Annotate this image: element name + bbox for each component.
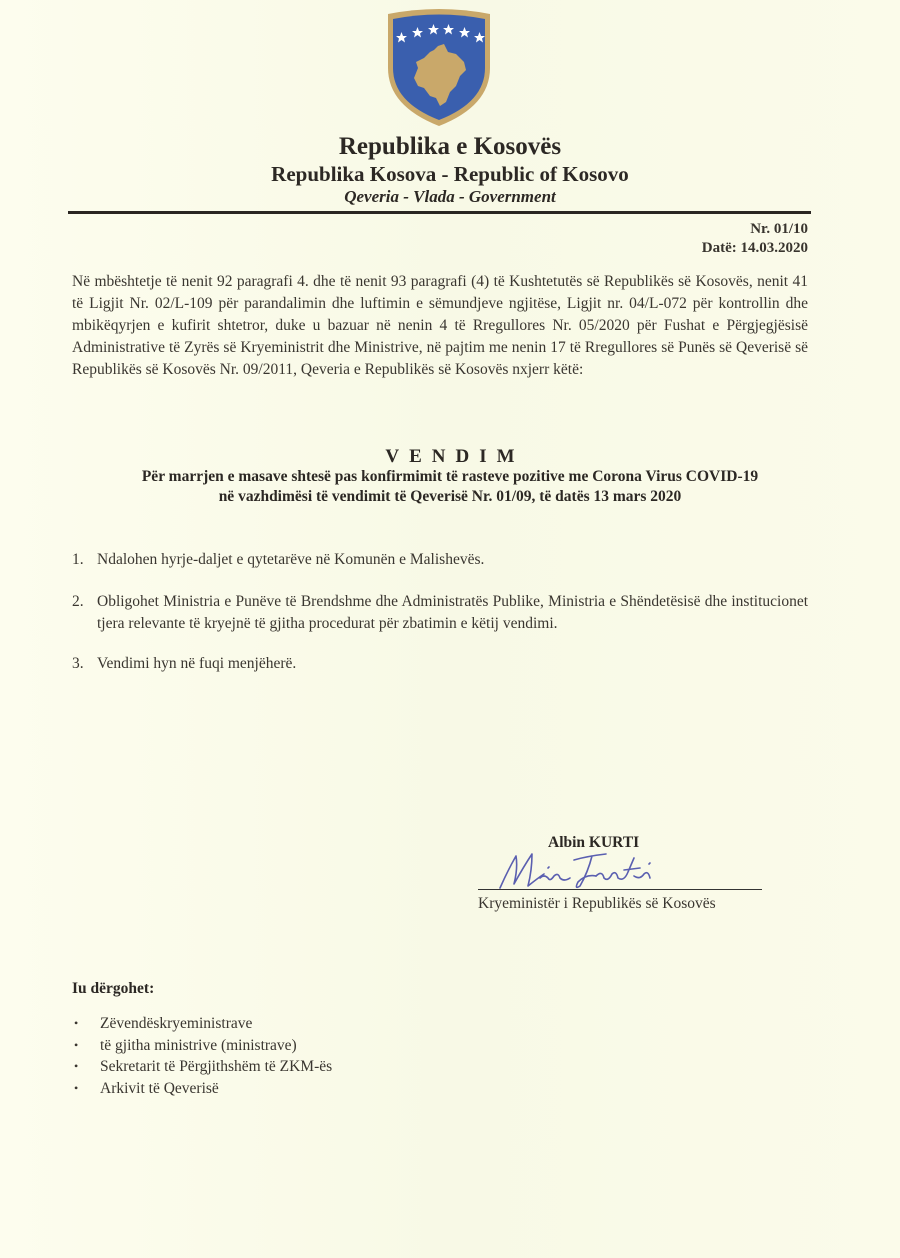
decision-item: 1. Ndalohen hyrje-daljet e qytetarëve në… <box>72 549 808 571</box>
decision-item: 3. Vendimi hyn në fuqi menjëherë. <box>72 653 808 675</box>
recipient: Arkivit të Qeverisë <box>100 1078 219 1100</box>
bullet-icon: • <box>72 1013 100 1035</box>
list-item: • të gjitha ministrive (ministrave) <box>72 1035 332 1057</box>
signer-title: Kryeministër i Republikës së Kosovës <box>478 895 716 913</box>
decision-title: VENDIM <box>0 446 900 468</box>
distribution-list: • Zëvendëskryeministrave • të gjitha min… <box>72 1013 332 1099</box>
distribution-heading: Iu dërgohet: <box>72 980 154 998</box>
recipient: të gjitha ministrive (ministrave) <box>100 1035 297 1057</box>
letterhead-government: Qeveria - Vlada - Government <box>0 187 900 207</box>
item-text: Ndalohen hyrje-daljet e qytetarëve në Ko… <box>97 549 808 571</box>
letterhead-title-serbian-english: Republika Kosova - Republic of Kosovo <box>0 162 900 187</box>
item-text: Obligohet Ministria e Punëve të Brendshm… <box>97 591 808 635</box>
letterhead-title-albanian: Republika e Kosovës <box>0 133 900 161</box>
recipient: Zëvendëskryeministrave <box>100 1013 252 1035</box>
item-number: 3. <box>72 653 97 675</box>
document-number: Nr. 01/10 <box>750 221 808 238</box>
signature-line <box>478 889 762 890</box>
decision-subtitle-line1: Për marrjen e masave shtesë pas konfirmi… <box>0 468 900 486</box>
document-page: Republika e Kosovës Republika Kosova - R… <box>0 0 900 1258</box>
decision-item: 2. Obligohet Ministria e Punëve të Brend… <box>72 591 808 635</box>
bullet-icon: • <box>72 1035 100 1057</box>
bullet-icon: • <box>72 1056 100 1078</box>
decision-subtitle-line2: në vazhdimësi të vendimit të Qeverisë Nr… <box>0 488 900 506</box>
kosovo-coat-of-arms-icon <box>380 6 498 130</box>
legal-preamble: Në mbështetje të nenit 92 paragrafi 4. d… <box>72 271 808 381</box>
recipient: Sekretarit të Përgjithshëm të ZKM-ës <box>100 1056 332 1078</box>
decision-items: 1. Ndalohen hyrje-daljet e qytetarëve në… <box>72 549 808 695</box>
item-text: Vendimi hyn në fuqi menjëherë. <box>97 653 808 675</box>
list-item: • Sekretarit të Përgjithshëm të ZKM-ës <box>72 1056 332 1078</box>
list-item: • Zëvendëskryeministrave <box>72 1013 332 1035</box>
bullet-icon: • <box>72 1078 100 1100</box>
document-date: Datë: 14.03.2020 <box>702 240 808 257</box>
header-divider <box>68 211 811 214</box>
handwritten-signature-icon <box>478 848 708 892</box>
list-item: • Arkivit të Qeverisë <box>72 1078 332 1100</box>
item-number: 1. <box>72 549 97 571</box>
item-number: 2. <box>72 591 97 635</box>
